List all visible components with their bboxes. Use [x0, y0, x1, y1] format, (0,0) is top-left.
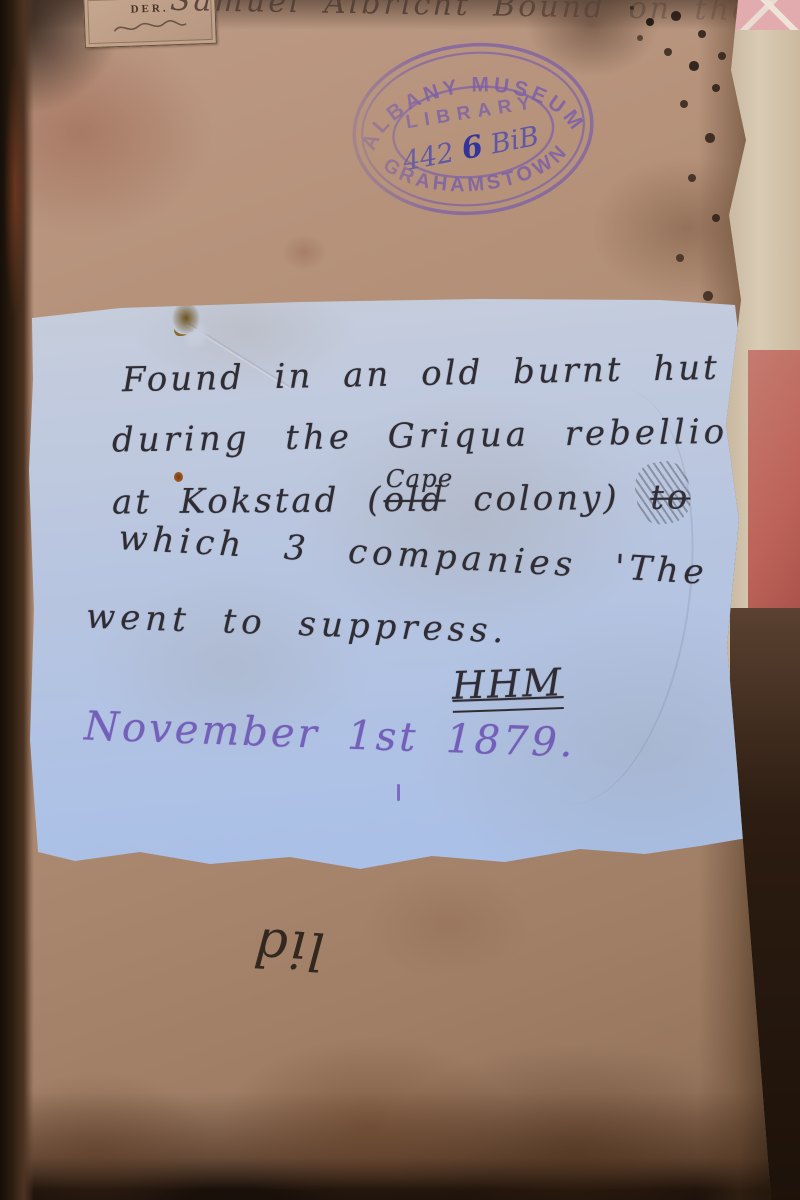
- note-signature: HHM: [451, 660, 564, 713]
- note-line-3: at Kokstad (Capeold colony)to: [112, 477, 691, 522]
- purple-ink-drip: [397, 784, 400, 801]
- note-line-3-prefix: at Kokstad (: [112, 480, 384, 522]
- note-line-3-insertion: Cape: [386, 463, 454, 493]
- pasted-blue-note: Found in an old burnt hut during the Gri…: [28, 296, 750, 876]
- owner-inscription: Samuel Albricht Bound on the: [170, 0, 753, 28]
- debris-speck: [172, 302, 200, 334]
- note-line-4: which 3 companies 'The Buffs: [117, 518, 800, 602]
- ticket-script-squiggle: [110, 17, 191, 40]
- red-cloth-patch: [748, 350, 800, 630]
- note-line-3-struck-tail: to: [650, 477, 690, 517]
- photo-of-book-endpaper: DER. Samuel Albricht Bound on the ALBANY…: [0, 0, 800, 1200]
- spine-rust-stain: [4, 60, 26, 320]
- book-cover: DER. Samuel Albricht Bound on the ALBANY…: [0, 0, 800, 1200]
- note-line-5: went to suppress.: [85, 597, 509, 652]
- inverted-ink-inscription: lid: [250, 916, 327, 981]
- shelf-number-mid: 6: [459, 129, 486, 167]
- library-stamp: ALBANY MUSEUM GRAHAMSTOWN LIBRARY 442 6 …: [341, 29, 606, 228]
- rust-spot: [174, 472, 183, 482]
- note-line-3-suffix: colony): [445, 478, 619, 520]
